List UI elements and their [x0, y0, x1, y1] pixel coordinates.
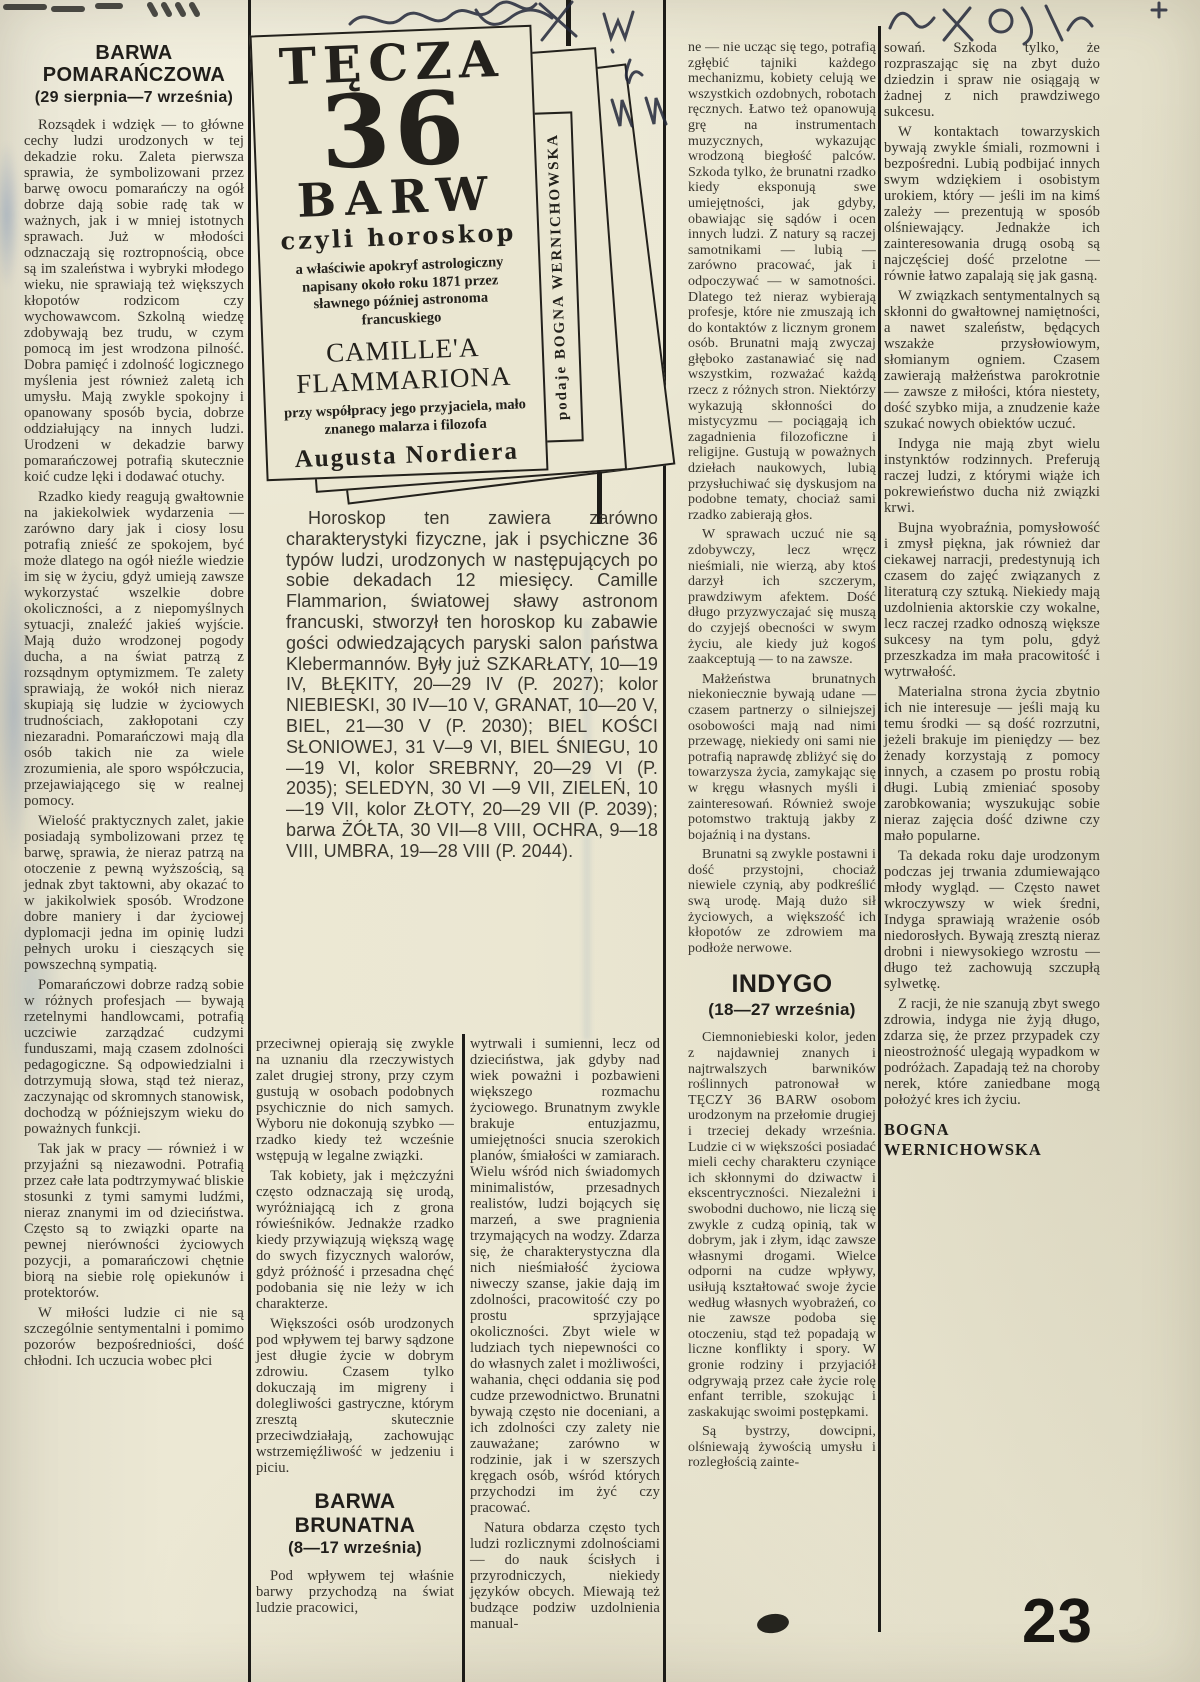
- margin-stain: [0, 140, 20, 290]
- column-divider: [462, 1034, 465, 1682]
- paragraph: Brunatni są zwykle postawni i dość przys…: [688, 847, 876, 956]
- section-heading-brown: BARWA BRUNATNA: [256, 1490, 454, 1537]
- column-orange: BARWA POMARAŃCZOWA (29 sierpnia—7 wrześn…: [24, 42, 244, 1373]
- magazine-page: BARWA POMARAŃCZOWA (29 sierpnia—7 wrześn…: [0, 0, 1200, 1682]
- paragraph: ne — nie ucząc się tego, potrafią zgłębi…: [688, 40, 876, 523]
- paragraph: przeciwnej opierają się zwykle na uznani…: [256, 1036, 454, 1164]
- column-text: Rozsądek i wdzięk — to główne cechy ludz…: [24, 117, 244, 1369]
- credit-vertical-text: podaje BOGNA WERNICHOWSKA: [544, 133, 571, 421]
- column-text: przeciwnej opierają się zwykle na uznani…: [256, 1036, 454, 1476]
- paragraph: Indyga nie mają zbyt wielu instynktów ro…: [884, 436, 1100, 516]
- column-text: sowań. Szkoda tylko, że rozpraszając się…: [884, 40, 1100, 1108]
- paragraph: Małżeństwa brunatnych niekoniecznie bywa…: [688, 672, 876, 844]
- title-collaborator: Augusta Nordiera: [267, 436, 546, 475]
- column-divider: [663, 0, 666, 1682]
- paragraph: Ciemnoniebieski kolor, jeden z najdawnie…: [688, 1030, 876, 1420]
- paragraph: Rzadko kiedy reagują gwałtownie na jakie…: [24, 489, 244, 809]
- intro-paragraph: Horoskop ten zawiera zarówno charakterys…: [286, 508, 658, 862]
- column-center-left: przeciwnej opierają się zwykle na uznani…: [256, 1036, 454, 1620]
- column-center-right: wytrwali i sumienni, lecz od dzieciństwa…: [470, 1036, 660, 1636]
- title-author: CAMILLE'A FLAMMARIONA: [263, 329, 543, 400]
- paragraph: Wielość praktycznych zalet, jakie posiad…: [24, 813, 244, 973]
- title-collab-note: przy współpracy jego przyjaciela, mało z…: [282, 396, 528, 442]
- title-description: a właściwie apokryf astrologiczny napisa…: [285, 254, 516, 333]
- column-indigo-end: sowań. Szkoda tylko, że rozpraszając się…: [884, 40, 1100, 1160]
- paragraph: Bujna wyobraźnia, pomysłowość i zmysł pi…: [884, 520, 1100, 680]
- column-divider: [248, 0, 251, 1682]
- ink-blot: [756, 1612, 790, 1635]
- column-brown-indigo: ne — nie ucząc się tego, potrafią zgłębi…: [688, 40, 876, 1475]
- paragraph: Pod wpływem tej właśnie barwy przychodzą…: [256, 1568, 454, 1616]
- paragraph: wytrwali i sumienni, lecz od dzieciństwa…: [470, 1036, 660, 1516]
- section-dates-brown: (8—17 września): [256, 1539, 454, 1558]
- paragraph: Rozsądek i wdzięk — to główne cechy ludz…: [24, 117, 244, 485]
- column-text: ne — nie ucząc się tego, potrafią zgłębi…: [688, 40, 876, 956]
- paragraph: Materialna strona życia zbytnio ich nie …: [884, 684, 1100, 844]
- section-dates-orange: (29 sierpnia—7 września): [24, 89, 244, 107]
- column-text: wytrwali i sumienni, lecz od dzieciństwa…: [470, 1036, 660, 1632]
- paragraph: Są bystrzy, dowcipni, olśniewają żywości…: [688, 1424, 876, 1471]
- title-box: TĘCZA 36 BARW czyli horoskop a właściwie…: [250, 25, 549, 481]
- section-dates-indigo: (18—27 września): [688, 1000, 876, 1020]
- paragraph: Tak jak w pracy — również i w przyjaźni …: [24, 1141, 244, 1301]
- author-signature: BOGNA WERNICHOWSKA: [884, 1120, 1100, 1160]
- paragraph: W kontaktach towarzyskich bywają zwykle …: [884, 124, 1100, 284]
- paragraph: W związkach sentymentalnych są skłonni d…: [884, 288, 1100, 432]
- paragraph: W sprawach uczuć nie są zdobywczy, lecz …: [688, 527, 876, 667]
- column-text: Pod wpływem tej właśnie barwy przychodzą…: [256, 1568, 454, 1616]
- layout-tick-top: [566, 0, 571, 46]
- paragraph: sowań. Szkoda tylko, że rozpraszając się…: [884, 40, 1100, 120]
- paragraph: Natura obdarza często tych ludzi rozlicz…: [470, 1520, 660, 1632]
- page-number: 23: [1022, 1586, 1093, 1657]
- column-text: Ciemnoniebieski kolor, jeden z najdawnie…: [688, 1030, 876, 1471]
- section-heading-indigo: INDYGO: [688, 970, 876, 998]
- paragraph: Ta dekada roku daje urodzonym podczas je…: [884, 848, 1100, 992]
- paragraph: W miłości ludzie ci nie są szczególnie s…: [24, 1305, 244, 1369]
- paragraph: Pomarańczowi dobrze radzą sobie w różnyc…: [24, 977, 244, 1137]
- section-heading-orange: BARWA POMARAŃCZOWA: [24, 42, 244, 87]
- paragraph: Z racji, że nie szanują zbyt swego zdrow…: [884, 996, 1100, 1108]
- paragraph: Tak kobiety, jak i mężczyźni często odzn…: [256, 1168, 454, 1312]
- title-number-36: 36: [254, 83, 535, 179]
- column-divider: [878, 26, 881, 1632]
- paragraph: Większości osób urodzonych pod wpływem t…: [256, 1316, 454, 1476]
